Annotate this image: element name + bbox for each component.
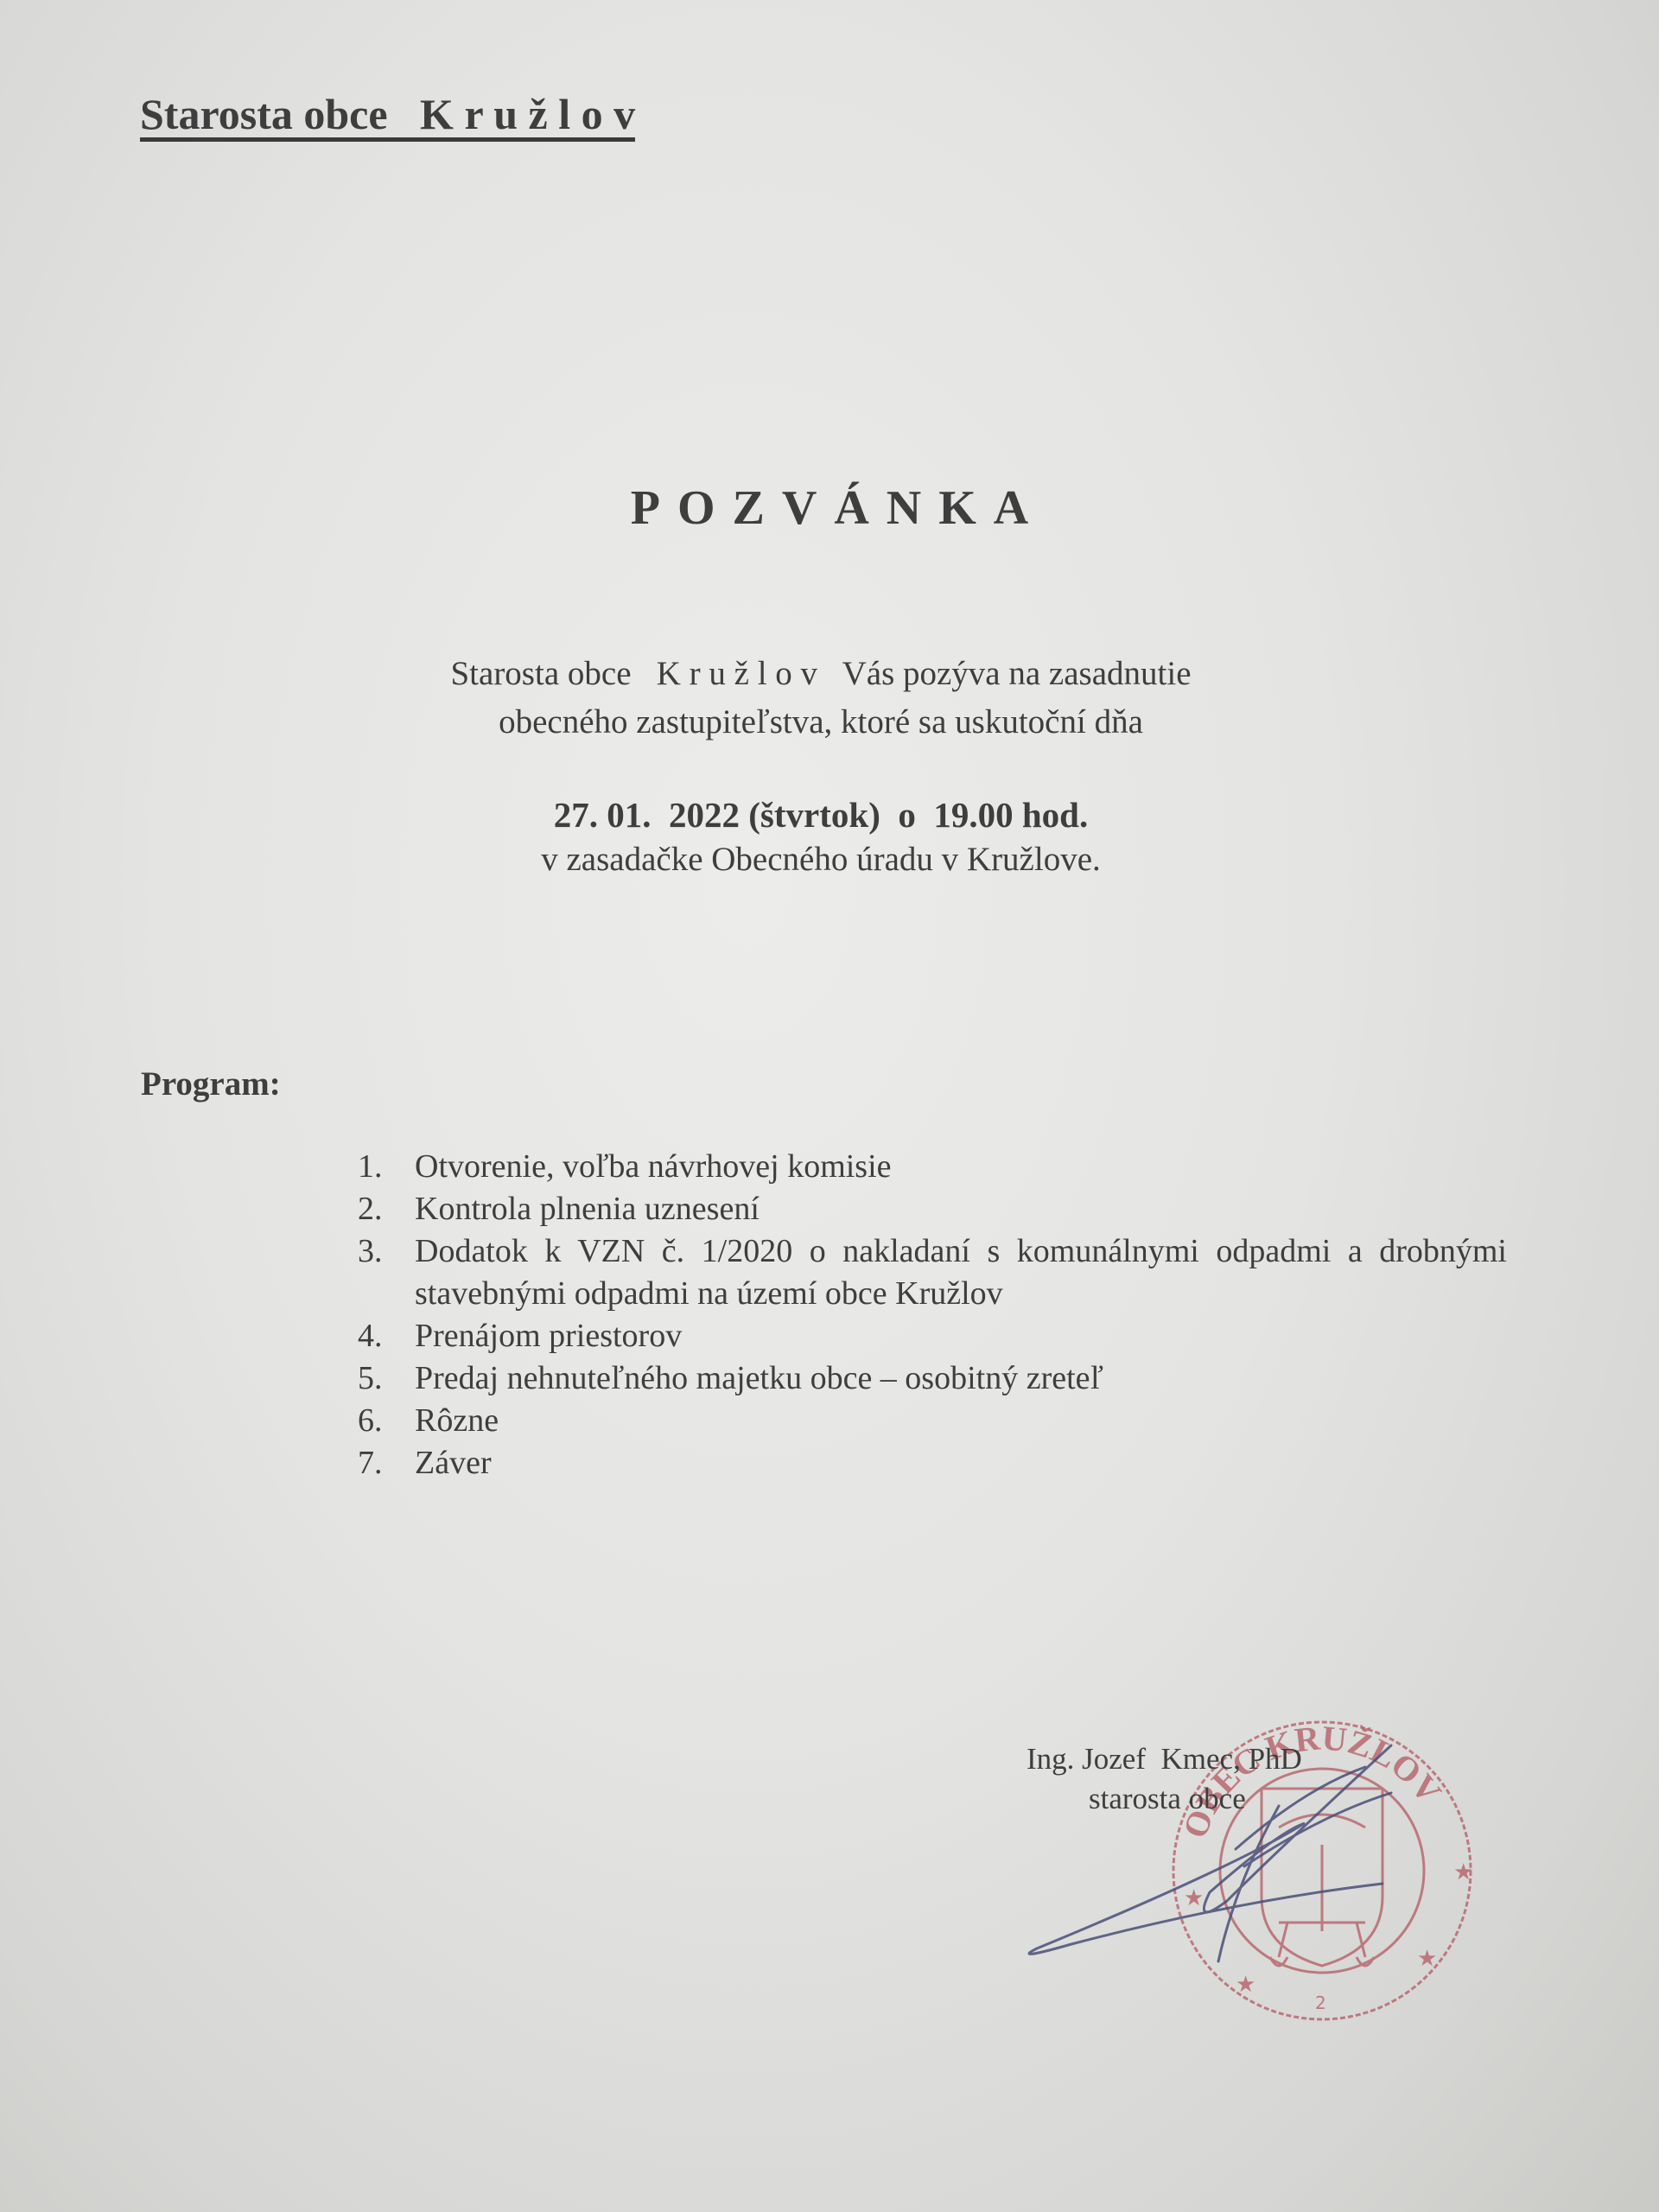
signature-icon xyxy=(1020,1728,1452,1987)
agenda-item: 7.Záver xyxy=(358,1442,1507,1484)
agenda-item: 6.Rôzne xyxy=(358,1400,1507,1442)
document-title: POZVÁNKA xyxy=(0,480,1659,536)
document-header: Starosta obce K r u ž l o v xyxy=(140,92,635,142)
agenda-item: 5.Predaj nehnuteľného majetku obce – oso… xyxy=(358,1357,1507,1400)
agenda-item: 2.Kontrola plnenia uznesení xyxy=(358,1188,1507,1230)
invitation-intro: Starosta obce K r u ž l o v Vás pozýva n… xyxy=(0,650,1642,747)
intro-line-1: Starosta obce K r u ž l o v Vás pozýva n… xyxy=(450,655,1191,692)
svg-text:2: 2 xyxy=(1315,1993,1326,2013)
agenda-item: 1.Otvorenie, voľba návrhovej komisie xyxy=(358,1146,1507,1188)
program-label: Program: xyxy=(141,1065,281,1103)
svg-text:★: ★ xyxy=(1453,1859,1473,1885)
meeting-date: 27. 01. 2022 (štvrtok) o 19.00 hod. xyxy=(0,791,1642,838)
intro-line-2: obecného zastupiteľstva, ktoré sa uskuto… xyxy=(499,703,1143,741)
agenda-list: 1.Otvorenie, voľba návrhovej komisie 2.K… xyxy=(358,1146,1507,1484)
agenda-item: 3.Dodatok k VZN č. 1/2020 o nakladaní s … xyxy=(358,1230,1507,1315)
agenda-item: 4.Prenájom priestorov xyxy=(358,1315,1507,1357)
meeting-place: v zasadačke Obecného úradu v Kružlove. xyxy=(0,836,1642,883)
